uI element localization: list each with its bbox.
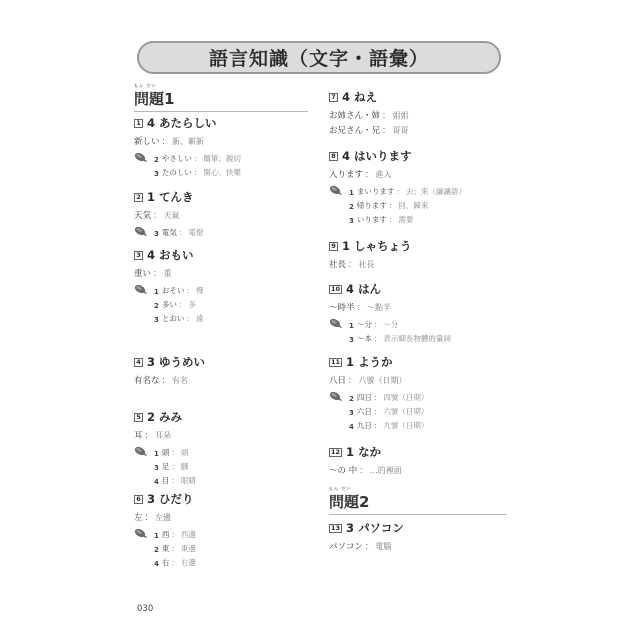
option-word: 東	[162, 543, 170, 554]
option-number: 2	[154, 156, 159, 164]
separator: ：	[171, 461, 179, 472]
option-word: やさしい	[162, 153, 192, 164]
alternative-option: 4目：眼睛	[134, 472, 196, 486]
question-block: 91しゃちょう社長：社長	[329, 239, 412, 270]
answer-kana: はいります	[354, 148, 412, 164]
page-number: 030	[137, 604, 153, 614]
alternative-option: 1頭：頭	[134, 444, 196, 458]
question-header: 52みみ	[134, 410, 196, 424]
vocab-word: お姉さん・姉	[329, 109, 380, 121]
alternative-option: 1まいります：去；來（謙讓語）	[329, 183, 466, 197]
option-word: 右	[162, 557, 170, 568]
separator: ：	[171, 529, 179, 540]
separator: ：	[171, 447, 179, 458]
question-block: 21てんき天気：天氣 3電気：電燈	[134, 190, 203, 238]
separator: ：	[179, 227, 187, 238]
section-ruby: もん だい	[329, 486, 351, 492]
question-number-box: 13	[329, 524, 342, 533]
separator: ：	[348, 258, 357, 270]
question-number-box: 12	[329, 448, 342, 457]
alternative-option: 3足：腳	[134, 458, 196, 472]
option-meaning: 回、歸來	[398, 200, 428, 211]
question-block: 121なか～の 中：…的裡面	[329, 445, 402, 476]
option-meaning: 慢	[196, 285, 204, 296]
separator: ：	[145, 429, 154, 441]
alternative-option: 3～本：表示細長物體的量詞	[329, 330, 451, 344]
question-block: 63ひだり左：左邊 1西：西邊2東：東邊4右：右邊	[134, 492, 196, 568]
answer-number: 1	[342, 239, 350, 253]
vocab-word: パソコン	[329, 540, 363, 552]
vocab-meaning: 新、嶄新	[172, 136, 204, 147]
question-header: 91しゃちょう	[329, 239, 412, 253]
answer-kana: おもい	[159, 247, 194, 263]
question-header: 133パソコン	[329, 521, 404, 535]
separator: ：	[153, 209, 162, 221]
vocab-meaning: 左邊	[155, 512, 171, 523]
answer-kana: パソコン	[358, 520, 404, 536]
option-word: 足	[162, 461, 170, 472]
vocab-meaning: 進入	[376, 169, 392, 180]
alternative-option: 1西：西邊	[134, 526, 196, 540]
vocab-line: パソコン：電腦	[329, 539, 404, 552]
question-header: 43ゆうめい	[134, 355, 205, 369]
separator: ：	[194, 153, 202, 164]
vocab-line: 有名な：有名	[134, 373, 205, 386]
option-word: とおい	[162, 313, 185, 324]
pencil-note-icon	[329, 185, 342, 195]
separator: ：	[389, 200, 397, 211]
option-number: 3	[349, 336, 354, 344]
vocab-word: ～時半	[329, 301, 355, 313]
option-meaning: 簡單；親切	[203, 153, 241, 164]
option-meaning: 西邊	[181, 529, 196, 540]
option-word: 電気	[162, 227, 177, 238]
option-meaning: 需要	[398, 214, 413, 225]
alternative-option: 2四日：四號（日期）	[329, 389, 428, 403]
separator: ：	[162, 135, 171, 147]
answer-kana: ひだり	[159, 491, 194, 507]
option-word: 六日	[357, 406, 372, 417]
option-number: 4	[154, 478, 159, 486]
option-meaning: 東邊	[181, 543, 196, 554]
option-meaning: ～分	[383, 319, 398, 330]
vocab-meaning: 八號（日期）	[359, 375, 407, 386]
separator: ：	[162, 374, 171, 386]
answer-kana: あたらしい	[159, 115, 217, 131]
alternative-option: 2やさしい：簡單；親切	[134, 150, 241, 164]
section-heading-2: もん だい 問題2	[329, 491, 507, 515]
option-number: 2	[349, 203, 354, 211]
answer-number: 4	[147, 116, 155, 130]
pencil-note-icon	[134, 528, 147, 538]
alternative-option: 2帰ります：回、歸來	[329, 197, 466, 211]
option-number: 1	[154, 532, 159, 540]
question-block: 84はいります入ります：進入 1まいります：去；來（謙讓語）2帰ります：回、歸來…	[329, 149, 466, 225]
vocab-meaning: 姐姐	[393, 110, 409, 121]
vocab-word: 重い	[134, 267, 151, 279]
option-word: 頭	[162, 447, 170, 458]
answer-number: 3	[147, 355, 155, 369]
answer-number: 1	[346, 445, 354, 459]
option-number: 1	[154, 288, 159, 296]
vocab-word: ～の 中	[329, 464, 357, 476]
section-heading-1: もん だい 問題1	[134, 88, 308, 112]
question-number-box: 2	[134, 193, 143, 202]
question-number-box: 9	[329, 242, 338, 251]
separator: ：	[382, 109, 391, 121]
answer-number: 1	[147, 190, 155, 204]
option-word: まいります	[357, 186, 395, 197]
separator: ：	[374, 406, 382, 417]
option-word: たのしい	[162, 167, 192, 178]
question-block: 133パソコンパソコン：電腦	[329, 521, 404, 552]
option-meaning: 多	[188, 299, 196, 310]
vocab-word: 耳	[134, 429, 143, 441]
option-meaning: 表示細長物體的量詞	[383, 333, 451, 344]
section-label: 問題2	[329, 493, 369, 511]
answer-number: 4	[342, 149, 350, 163]
question-number-box: 1	[134, 119, 143, 128]
separator: ：	[374, 333, 382, 344]
pencil-note-icon	[329, 318, 342, 328]
option-meaning: 右邊	[181, 557, 196, 568]
separator: ：	[396, 186, 404, 197]
separator: ：	[359, 464, 368, 476]
option-number: 1	[154, 450, 159, 458]
vocab-line: 左：左邊	[134, 510, 196, 523]
alternative-option: 4右：右邊	[134, 554, 196, 568]
answer-kana: てんき	[159, 189, 194, 205]
alternative-option: 3たのしい：開心、快樂	[134, 164, 241, 178]
vocab-word: 有名な	[134, 374, 160, 386]
option-number: 4	[349, 423, 354, 431]
separator: ：	[194, 167, 202, 178]
question-block: 43ゆうめい有名な：有名	[134, 355, 205, 386]
separator: ：	[153, 267, 162, 279]
vocab-line: 入ります：進入	[329, 167, 466, 180]
answer-number: 4	[342, 90, 350, 104]
answer-number: 4	[346, 282, 354, 296]
separator: ：	[382, 124, 391, 136]
vocab-line: ～時半：～點半	[329, 300, 451, 313]
alternative-option: 2多い：多	[134, 296, 203, 310]
answer-kana: しゃちょう	[354, 238, 412, 254]
separator: ：	[186, 313, 194, 324]
question-number-box: 6	[134, 495, 143, 504]
option-number: 3	[154, 170, 159, 178]
pencil-note-icon	[329, 391, 342, 401]
vocab-line: ～の 中：…的裡面	[329, 463, 402, 476]
vocab-word: 社長	[329, 258, 346, 270]
vocab-meaning: 有名	[172, 375, 188, 386]
vocab-word: 新しい	[134, 135, 160, 147]
separator: ：	[374, 420, 382, 431]
option-meaning: 六號（日期）	[383, 406, 428, 417]
section-ruby: もん だい	[134, 83, 156, 89]
answer-number: 1	[346, 355, 354, 369]
question-header: 14あたらしい	[134, 116, 241, 130]
answer-kana: なか	[358, 444, 381, 460]
question-header: 104はん	[329, 282, 451, 296]
vocab-line: お姉さん・姉：姐姐	[329, 108, 409, 121]
question-number-box: 10	[329, 285, 342, 294]
option-meaning: 電燈	[188, 227, 203, 238]
separator: ：	[186, 285, 194, 296]
question-block: 104はん～時半：～點半 1～分：～分3～本：表示細長物體的量詞	[329, 282, 451, 344]
option-number: 3	[349, 217, 354, 225]
section-label: 問題1	[134, 90, 174, 108]
question-header: 63ひだり	[134, 492, 196, 506]
pencil-note-icon	[134, 226, 147, 236]
option-number: 3	[154, 316, 159, 324]
vocab-meaning: 天氣	[164, 210, 180, 221]
option-meaning: 開心、快樂	[203, 167, 241, 178]
option-number: 2	[154, 546, 159, 554]
option-word: 西	[162, 529, 170, 540]
option-number: 3	[349, 409, 354, 417]
answer-kana: ゆうめい	[159, 354, 205, 370]
separator: ：	[365, 168, 374, 180]
option-meaning: 頭	[181, 447, 189, 458]
option-number: 1	[349, 322, 354, 330]
option-meaning: 九號（日期）	[383, 420, 428, 431]
question-header: 34おもい	[134, 248, 203, 262]
question-header: 74ねえ	[329, 90, 409, 104]
question-header: 84はいります	[329, 149, 466, 163]
question-number-box: 7	[329, 93, 338, 102]
chapter-title: 語言知識（文字・語彙）	[209, 44, 429, 71]
vocab-meaning: ～點半	[367, 302, 391, 313]
pencil-note-icon	[134, 152, 147, 162]
vocab-word: 八日	[329, 374, 346, 386]
pencil-note-icon	[134, 446, 147, 456]
answer-kana: ようか	[358, 354, 393, 370]
alternative-option: 3とおい：遠	[134, 310, 203, 324]
vocab-meaning: …的裡面	[370, 465, 402, 476]
separator: ：	[374, 319, 382, 330]
option-word: 九日	[357, 420, 372, 431]
option-word: おそい	[162, 285, 185, 296]
option-meaning: 四號（日期）	[383, 392, 428, 403]
separator: ：	[357, 301, 366, 313]
option-word: 目	[162, 475, 170, 486]
vocab-word: お兄さん・兄	[329, 124, 380, 136]
option-meaning: 眼睛	[181, 475, 196, 486]
question-header: 111ようか	[329, 355, 428, 369]
vocab-meaning: 電腦	[375, 541, 391, 552]
answer-kana: みみ	[159, 409, 182, 425]
answer-number: 3	[346, 521, 354, 535]
vocab-line: お兄さん・兄：哥哥	[329, 123, 409, 136]
option-number: 2	[349, 395, 354, 403]
option-word: ～本	[357, 333, 372, 344]
vocab-line: 八日：八號（日期）	[329, 373, 428, 386]
vocab-meaning: 重	[164, 268, 172, 279]
answer-kana: はん	[358, 281, 381, 297]
option-word: 四日	[357, 392, 372, 403]
separator: ：	[171, 543, 179, 554]
alternative-option: 1おそい：慢	[134, 282, 203, 296]
alternative-option: 4九日：九號（日期）	[329, 417, 428, 431]
option-word: 帰ります	[357, 200, 387, 211]
alternative-option: 3電気：電燈	[134, 224, 203, 238]
vocab-line: 天気：天氣	[134, 208, 203, 221]
option-number: 2	[154, 302, 159, 310]
option-meaning: 腳	[181, 461, 189, 472]
question-number-box: 8	[329, 152, 338, 161]
answer-kana: ねえ	[354, 89, 377, 105]
vocab-meaning: 哥哥	[393, 125, 409, 136]
question-block: 111ようか八日：八號（日期） 2四日：四號（日期）3六日：六號（日期）4九日：…	[329, 355, 428, 431]
option-number: 3	[154, 230, 159, 238]
vocab-line: 重い：重	[134, 266, 203, 279]
vocab-meaning: 耳朵	[155, 430, 171, 441]
option-word: いります	[357, 214, 387, 225]
question-header: 21てんき	[134, 190, 203, 204]
question-block: 14あたらしい新しい：新、嶄新 2やさしい：簡單；親切3たのしい：開心、快樂	[134, 116, 241, 178]
option-meaning: 遠	[196, 313, 204, 324]
vocab-word: 入ります	[329, 168, 363, 180]
separator: ：	[389, 214, 397, 225]
vocab-word: 左	[134, 511, 143, 523]
separator: ：	[179, 299, 187, 310]
option-word: 多い	[162, 299, 177, 310]
question-number-box: 5	[134, 413, 143, 422]
separator: ：	[171, 557, 179, 568]
question-number-box: 3	[134, 251, 143, 260]
separator: ：	[348, 374, 357, 386]
question-block: 34おもい重い：重 1おそい：慢2多い：多3とおい：遠	[134, 248, 203, 324]
question-number-box: 4	[134, 358, 143, 367]
vocab-word: 天気	[134, 209, 151, 221]
chapter-title-banner: 語言知識（文字・語彙）	[137, 41, 501, 74]
question-number-box: 11	[329, 358, 342, 367]
answer-number: 4	[147, 248, 155, 262]
separator: ：	[145, 511, 154, 523]
separator: ：	[374, 392, 382, 403]
vocab-meaning: 社長	[359, 259, 375, 270]
alternative-option: 3六日：六號（日期）	[329, 403, 428, 417]
question-block: 74ねえお姉さん・姉：姐姐お兄さん・兄：哥哥	[329, 90, 409, 136]
question-header: 121なか	[329, 445, 402, 459]
answer-number: 2	[147, 410, 155, 424]
question-block: 52みみ耳：耳朵 1頭：頭3足：腳4目：眼睛	[134, 410, 196, 486]
vocab-line: 耳：耳朵	[134, 428, 196, 441]
option-number: 4	[154, 560, 159, 568]
answer-number: 3	[147, 492, 155, 506]
pencil-note-icon	[134, 284, 147, 294]
vocab-line: 新しい：新、嶄新	[134, 134, 241, 147]
separator: ：	[365, 540, 374, 552]
option-meaning: 去；來（謙讓語）	[406, 186, 466, 197]
vocab-line: 社長：社長	[329, 257, 412, 270]
option-word: ～分	[357, 319, 372, 330]
option-number: 1	[349, 189, 354, 197]
option-number: 3	[154, 464, 159, 472]
separator: ：	[171, 475, 179, 486]
alternative-option: 1～分：～分	[329, 316, 451, 330]
alternative-option: 2東：東邊	[134, 540, 196, 554]
alternative-option: 3いります：需要	[329, 211, 466, 225]
